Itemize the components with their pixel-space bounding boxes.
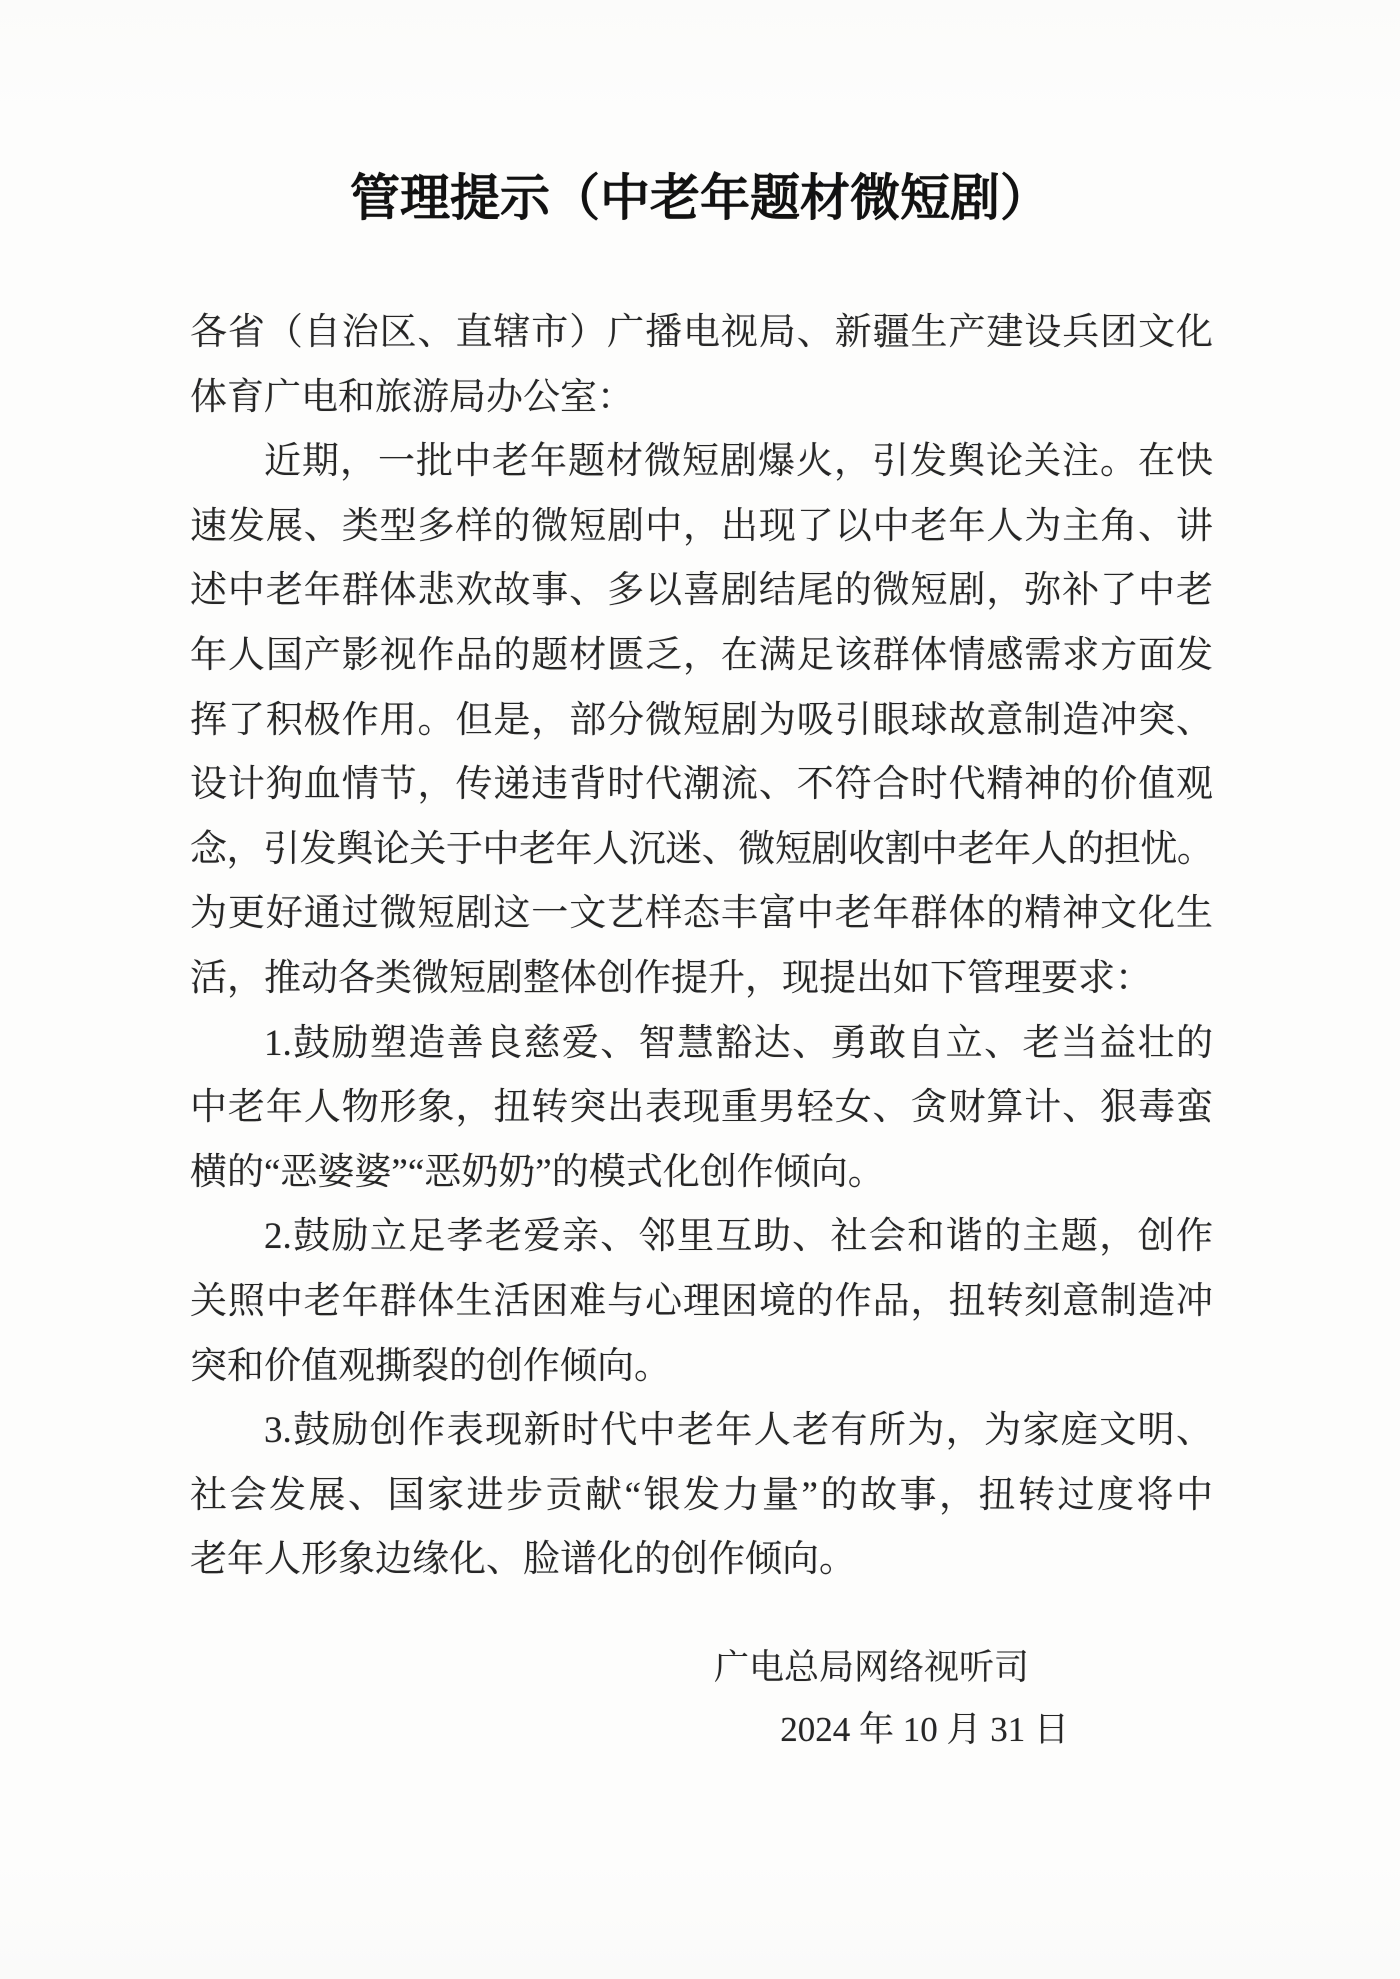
salutation-paragraph: 各省（自治区、直辖市）广播电视局、新疆生产建设兵团文化 体育广电和旅游局办公室：: [190, 301, 1213, 430]
text-line: 述中老年群体悲欢故事、多以喜剧结尾的微短剧，弥补了中老: [190, 559, 1213, 624]
item-3-paragraph: 3.鼓励创作表现新时代中老年人老有所为，为家庭文明、 社会发展、国家进步贡献“银…: [190, 1399, 1213, 1593]
text-line: 3.鼓励创作表现新时代中老年人老有所为，为家庭文明、: [190, 1399, 1213, 1464]
text-line: 活，推动各类微短剧整体创作提升，现提出如下管理要求：: [190, 947, 1213, 1012]
text-line: 横的“恶婆婆”“恶奶奶”的模式化创作倾向。: [190, 1141, 1213, 1206]
intro-paragraph: 近期，一批中老年题材微短剧爆火，引发舆论关注。在快 速发展、类型多样的微短剧中，…: [190, 430, 1213, 1011]
text-line: 突和价值观撕裂的创作倾向。: [190, 1335, 1213, 1400]
text-line: 社会发展、国家进步贡献“银发力量”的故事，扭转过度将中: [190, 1464, 1213, 1529]
text-line: 关照中老年群体生活困难与心理困境的作品，扭转刻意制造冲: [190, 1270, 1213, 1335]
text-line: 设计狗血情节，传递违背时代潮流、不符合时代精神的价值观: [190, 753, 1213, 818]
issue-date: 2024 年 10 月 31 日: [190, 1699, 1213, 1761]
text-line: 体育广电和旅游局办公室：: [190, 366, 1213, 431]
text-line: 挥了积极作用。但是，部分微短剧为吸引眼球故意制造冲突、: [190, 689, 1213, 754]
text-line: 各省（自治区、直辖市）广播电视局、新疆生产建设兵团文化: [190, 301, 1213, 366]
notice-document-page: 管理提示（中老年题材微短剧） 各省（自治区、直辖市）广播电视局、新疆生产建设兵团…: [0, 0, 1400, 1979]
text-line: 中老年人物形象，扭转突出表现重男轻女、贪财算计、狠毒蛮: [190, 1076, 1213, 1141]
text-line: 为更好通过微短剧这一文艺样态丰富中老年群体的精神文化生: [190, 882, 1213, 947]
signature-block: 广电总局网络视听司 2024 年 10 月 31 日: [190, 1637, 1213, 1761]
text-line: 念，引发舆论关于中老年人沉迷、微短剧收割中老年人的担忧。: [190, 818, 1213, 883]
text-line: 2.鼓励立足孝老爱亲、邻里互助、社会和谐的主题，创作: [190, 1205, 1213, 1270]
text-line: 速发展、类型多样的微短剧中，出现了以中老年人为主角、讲: [190, 495, 1213, 560]
issuing-department: 广电总局网络视听司: [190, 1637, 1213, 1699]
document-body: 各省（自治区、直辖市）广播电视局、新疆生产建设兵团文化 体育广电和旅游局办公室：…: [190, 301, 1213, 1593]
item-1-paragraph: 1.鼓励塑造善良慈爱、智慧豁达、勇敢自立、老当益壮的 中老年人物形象，扭转突出表…: [190, 1012, 1213, 1206]
text-line: 1.鼓励塑造善良慈爱、智慧豁达、勇敢自立、老当益壮的: [190, 1012, 1213, 1077]
item-2-paragraph: 2.鼓励立足孝老爱亲、邻里互助、社会和谐的主题，创作 关照中老年群体生活困难与心…: [190, 1205, 1213, 1399]
text-line: 老年人形象边缘化、脸谱化的创作倾向。: [190, 1528, 1213, 1593]
document-title: 管理提示（中老年题材微短剧）: [0, 166, 1400, 230]
text-line: 年人国产影视作品的题材匮乏，在满足该群体情感需求方面发: [190, 624, 1213, 689]
text-line: 近期，一批中老年题材微短剧爆火，引发舆论关注。在快: [190, 430, 1213, 495]
